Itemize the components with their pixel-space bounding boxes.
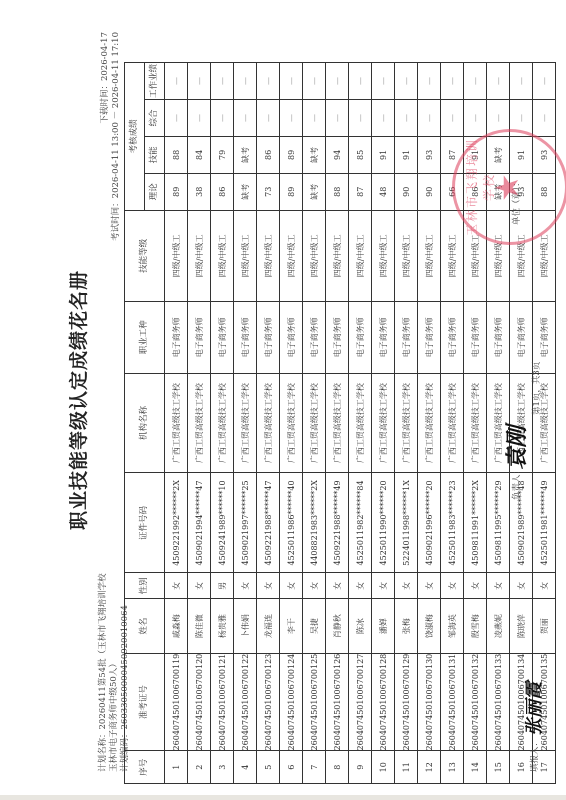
cell-org: 广西工贸高级技工学校: [257, 373, 280, 473]
cell-org: 广西工贸高级技工学校: [234, 373, 257, 473]
header-skill: 技能: [145, 136, 165, 173]
table-row: 12604074501006700119戚淼梅女4509221992******…: [165, 63, 188, 784]
cell-gender: 女: [234, 573, 257, 599]
cell-occupation: 电子商务师: [234, 301, 257, 373]
cell-occupation: 电子商务师: [372, 301, 395, 373]
cell-theory: 90: [395, 173, 418, 210]
cell-work: —: [165, 63, 188, 100]
cell-overall: —: [303, 100, 326, 137]
cell-occupation: 电子商务师: [303, 301, 326, 373]
header-id: 证件号码: [125, 473, 165, 573]
cell-theory: 89: [280, 173, 303, 210]
cell-theory: 缺考: [234, 173, 257, 210]
cell-skill: 缺考: [234, 136, 257, 173]
cell-work: —: [441, 63, 464, 100]
header-overall: 综合: [145, 100, 165, 137]
cell-ticket: 2604074501006700123: [257, 653, 280, 751]
cell-work: —: [257, 63, 280, 100]
cell-gender: 女: [533, 573, 556, 599]
cell-overall: —: [533, 100, 556, 137]
cell-work: —: [326, 63, 349, 100]
cell-name: 饶淑梅: [418, 599, 441, 653]
cell-gender: 女: [395, 573, 418, 599]
cell-ticket: 2604074501006700122: [234, 653, 257, 751]
cell-level: 四级/中级工: [234, 210, 257, 301]
table-row: 52604074501006700123龙福连女4509221988******…: [257, 63, 280, 784]
table-row: 62604074501006700124李干女4525011986******4…: [280, 63, 303, 784]
cell-work: —: [188, 63, 211, 100]
cell-occupation: 电子商务师: [487, 301, 510, 373]
plan-name: 计划名称：20260411第54批（玉林市飞翔培训学校玉林市电子商务师中级50人…: [98, 572, 120, 772]
cell-occupation: 电子商务师: [349, 301, 372, 373]
cell-ticket: 2604074501006700126: [326, 653, 349, 751]
cell-seq: 2: [188, 751, 211, 784]
cell-id: 4525011981******49: [533, 473, 556, 573]
cell-name: 陈佳微: [188, 599, 211, 653]
cell-skill: 93: [418, 136, 441, 173]
cell-org: 广西工贸高级技工学校: [303, 373, 326, 473]
cell-level: 四级/中级工: [349, 210, 372, 301]
cell-level: 四级/中级工: [326, 210, 349, 301]
cell-name: 陈晓萍: [510, 599, 533, 653]
cell-gender: 女: [188, 573, 211, 599]
header-occupation: 职业工种: [125, 301, 165, 373]
cell-gender: 女: [165, 573, 188, 599]
cell-name: 龙福连: [257, 599, 280, 653]
cell-id: 4509811991******2X: [464, 473, 487, 573]
cell-id: 4509021994******47: [188, 473, 211, 573]
cell-gender: 女: [326, 573, 349, 599]
cell-gender: 女: [464, 573, 487, 599]
document-page: 职业技能等级认定成绩花名册 计划名称：20260411第54批（玉林市飞翔培训学…: [0, 0, 566, 800]
cell-overall: —: [418, 100, 441, 137]
cell-org: 广西工贸高级技工学校: [441, 373, 464, 473]
cell-overall: —: [188, 100, 211, 137]
cell-ticket: 2604074501006700124: [280, 653, 303, 751]
header-gender: 性别: [125, 573, 165, 599]
cell-work: —: [487, 63, 510, 100]
cell-name: 陈冰: [349, 599, 372, 653]
cell-org: 广西工贸高级技工学校: [372, 373, 395, 473]
cell-org: 广西工贸高级技工学校: [280, 373, 303, 473]
cell-level: 四级/中级工: [165, 210, 188, 301]
cell-occupation: 电子商务师: [211, 301, 234, 373]
cell-level: 四级/中级工: [372, 210, 395, 301]
cell-gender: 女: [510, 573, 533, 599]
cell-seq: 1: [165, 751, 188, 784]
cell-overall: —: [257, 100, 280, 137]
cell-occupation: 电子商务师: [280, 301, 303, 373]
cell-id: 4525011986******40: [280, 473, 303, 573]
cell-skill: 86: [257, 136, 280, 173]
cell-skill: 89: [280, 136, 303, 173]
cell-org: 广西工贸高级技工学校: [464, 373, 487, 473]
cell-work: —: [533, 63, 556, 100]
cell-id: 4408821983******2X: [303, 473, 326, 573]
cell-name: 肖静秋: [326, 599, 349, 653]
cell-seq: 12: [418, 751, 441, 784]
cell-overall: —: [441, 100, 464, 137]
cell-overall: —: [464, 100, 487, 137]
cell-level: 四级/中级工: [188, 210, 211, 301]
cell-id: 4509021997******25: [234, 473, 257, 573]
cell-overall: —: [372, 100, 395, 137]
responsible-label: 负责人：: [510, 466, 522, 500]
cell-skill: 84: [188, 136, 211, 173]
cell-work: —: [418, 63, 441, 100]
cell-id: 4509221988******47: [257, 473, 280, 573]
cell-level: 四级/中级工: [280, 210, 303, 301]
cell-overall: —: [234, 100, 257, 137]
cell-gender: 女: [303, 573, 326, 599]
cell-occupation: 电子商务师: [441, 301, 464, 373]
cell-id: 4509221992******2X: [165, 473, 188, 573]
cell-seq: 5: [257, 751, 280, 784]
cell-org: 广西工贸高级技工学校: [395, 373, 418, 473]
table-row: 22604074501006700120陈佳微女4509021994******…: [188, 63, 211, 784]
cell-name: 凌燕妮: [487, 599, 510, 653]
cell-skill: 85: [349, 136, 372, 173]
cell-theory: 38: [188, 173, 211, 210]
cell-overall: —: [349, 100, 372, 137]
cell-theory: 缺考: [303, 173, 326, 210]
header-theory: 理论: [145, 173, 165, 210]
cell-id: 4525011983******23: [441, 473, 464, 573]
cell-seq: 13: [441, 751, 464, 784]
cell-skill: 88: [165, 136, 188, 173]
header-seq: 序号: [125, 751, 165, 784]
cell-occupation: 电子商务师: [326, 301, 349, 373]
cell-level: 四级/中级工: [441, 210, 464, 301]
cell-overall: —: [211, 100, 234, 137]
cell-work: —: [372, 63, 395, 100]
filler-signature: 张丽霞: [520, 682, 546, 736]
cell-name: 邹海英: [441, 599, 464, 653]
cell-work: —: [303, 63, 326, 100]
cell-seq: 3: [211, 751, 234, 784]
cell-gender: 女: [372, 573, 395, 599]
cell-ticket: 2604074501006700120: [188, 653, 211, 751]
header-org: 机构名称: [125, 373, 165, 473]
cell-org: 广西工贸高级技工学校: [326, 373, 349, 473]
cell-name: 杨贵雅: [211, 599, 234, 653]
page-info: 第1页，共3页: [530, 362, 542, 415]
cell-level: 四级/中级工: [211, 210, 234, 301]
cell-org: 广西工贸高级技工学校: [165, 373, 188, 473]
page-title: 职业技能等级认定成绩花名册: [64, 0, 91, 800]
download-time: 下载时间：2026-04-17: [100, 32, 111, 124]
cell-seq: 15: [487, 751, 510, 784]
cell-occupation: 电子商务师: [418, 301, 441, 373]
star-icon: ★: [491, 173, 523, 202]
table-row: 42604074501006700122卜伟娟女4509021997******…: [234, 63, 257, 784]
cell-theory: 88: [326, 173, 349, 210]
cell-level: 四级/中级工: [418, 210, 441, 301]
cell-theory: 90: [418, 173, 441, 210]
cell-ticket: 2604074501006700125: [303, 653, 326, 751]
cell-skill: 91: [395, 136, 418, 173]
cell-seq: 4: [234, 751, 257, 784]
cell-overall: —: [280, 100, 303, 137]
cell-theory: 89: [165, 173, 188, 210]
cell-name: 殷雪梅: [464, 599, 487, 653]
cell-seq: 10: [372, 751, 395, 784]
cell-work: —: [211, 63, 234, 100]
exam-time: 考试时间：2026-04-11 13:00 － 2026-04-11 17:10: [111, 32, 122, 241]
cell-name: 卜伟娟: [234, 599, 257, 653]
cell-seq: 9: [349, 751, 372, 784]
cell-id: 4525011982******84: [349, 473, 372, 573]
cell-theory: 48: [372, 173, 395, 210]
cell-ticket: 2604074501006700129: [395, 653, 418, 751]
table-row: 72604074501006700125吴捷女4408821983******2…: [303, 63, 326, 784]
cell-occupation: 电子商务师: [165, 301, 188, 373]
cell-org: 广西工贸高级技工学校: [188, 373, 211, 473]
cell-id: 4509241989******10: [211, 473, 234, 573]
cell-name: 张梅: [395, 599, 418, 653]
cell-occupation: 电子商务师: [188, 301, 211, 373]
cell-work: —: [464, 63, 487, 100]
cell-level: 四级/中级工: [257, 210, 280, 301]
cell-overall: —: [326, 100, 349, 137]
cell-work: —: [234, 63, 257, 100]
cell-skill: 91: [372, 136, 395, 173]
cell-name: 吴捷: [303, 599, 326, 653]
cell-org: 广西工贸高级技工学校: [349, 373, 372, 473]
cell-gender: 女: [349, 573, 372, 599]
official-stamp: 玉林市飞翔培训学校 ★: [452, 129, 566, 245]
cell-gender: 女: [418, 573, 441, 599]
cell-skill: 缺考: [303, 136, 326, 173]
cell-id: 4509021996******20: [418, 473, 441, 573]
cell-seq: 11: [395, 751, 418, 784]
cell-id: 4525011990******20: [372, 473, 395, 573]
header-work: 工作业绩: [145, 63, 165, 100]
cell-work: —: [349, 63, 372, 100]
header-ticket: 准考证号: [125, 653, 165, 751]
cell-theory: 86: [211, 173, 234, 210]
cell-overall: —: [165, 100, 188, 137]
cell-level: 四级/中级工: [395, 210, 418, 301]
cell-ticket: 2604074501006700130: [418, 653, 441, 751]
cell-id: 4509811995******29: [487, 473, 510, 573]
cell-gender: 女: [257, 573, 280, 599]
table-row: 122604074501006700130饶淑梅女4509021996*****…: [418, 63, 441, 784]
cell-occupation: 电子商务师: [464, 301, 487, 373]
cell-gender: 女: [441, 573, 464, 599]
filler-label: 填报人：: [528, 738, 540, 772]
cell-ticket: 2604074501006700121: [211, 653, 234, 751]
cell-ticket: 2604074501006700119: [165, 653, 188, 751]
cell-gender: 女: [487, 573, 510, 599]
cell-name: 潘婵: [372, 599, 395, 653]
table-row: 92604074501006700127陈冰女4525011982******8…: [349, 63, 372, 784]
table-row: 32604074501006700121杨贵雅男4509241989******…: [211, 63, 234, 784]
table-row: 102604074501006700128潘婵女4525011990******…: [372, 63, 395, 784]
cell-id: 5224011998******1X: [395, 473, 418, 573]
header-name: 姓名: [125, 599, 165, 653]
table-row: 82604074501006700126肖静秋女4509221988******…: [326, 63, 349, 784]
cell-seq: 6: [280, 751, 303, 784]
cell-skill: 94: [326, 136, 349, 173]
cell-theory: 87: [349, 173, 372, 210]
cell-work: —: [395, 63, 418, 100]
cell-level: 四级/中级工: [303, 210, 326, 301]
cell-ticket: 2604074501006700132: [464, 653, 487, 751]
cell-name: 李干: [280, 599, 303, 653]
cell-work: —: [280, 63, 303, 100]
cell-id: 4509221988******49: [326, 473, 349, 573]
cell-org: 广西工贸高级技工学校: [211, 373, 234, 473]
cell-name: 贺丽: [533, 599, 556, 653]
responsible-signature: 袁刚: [500, 426, 531, 470]
table-header-row: 序号 准考证号 姓名 性别 证件号码 机构名称 职业工种 技能等级 考核成绩: [125, 63, 145, 784]
cell-occupation: 电子商务师: [257, 301, 280, 373]
cell-overall: —: [395, 100, 418, 137]
cell-seq: 8: [326, 751, 349, 784]
cell-ticket: 2604074501006700133: [487, 653, 510, 751]
cell-ticket: 2604074501006700127: [349, 653, 372, 751]
header-level: 技能等级: [125, 210, 165, 301]
cell-org: 广西工贸高级技工学校: [418, 373, 441, 473]
cell-skill: 79: [211, 136, 234, 173]
cell-seq: 14: [464, 751, 487, 784]
cell-ticket: 2604074501006700131: [441, 653, 464, 751]
header-scores: 考核成绩: [125, 63, 145, 211]
cell-gender: 女: [280, 573, 303, 599]
cell-gender: 男: [211, 573, 234, 599]
cell-seq: 7: [303, 751, 326, 784]
cell-occupation: 电子商务师: [395, 301, 418, 373]
cell-name: 戚淼梅: [165, 599, 188, 653]
cell-theory: 73: [257, 173, 280, 210]
cell-ticket: 2604074501006700128: [372, 653, 395, 751]
cell-work: —: [510, 63, 533, 100]
table-row: 112604074501006700129张梅女5224011998******…: [395, 63, 418, 784]
